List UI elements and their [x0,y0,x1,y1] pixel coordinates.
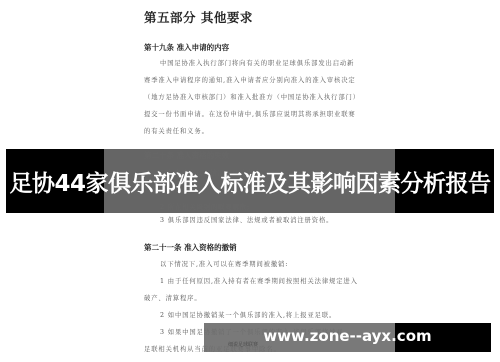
paragraph-line: 3 俱乐部因违反国家法律、法规或者被取消注册资格。 [144,212,374,229]
paragraph-line: 以下情况下,准入可以在赛季期间被撤销: [144,256,374,273]
watermark-url: www.zone--ayx.com [204,323,491,348]
paragraph-line: 中国足协准入执行部门将向有关的职业足球俱乐部发出启动新 [144,55,374,72]
paragraph-line: （地方足协准入审核部门）和准入批准方（中国足协准入执行部门） [144,89,374,106]
article-19-title: 第十九条 准入申请的内容 [144,42,229,53]
paragraph-line: 1 由于任何原因,准入持有者在赛季期间按照相关法律规定进入 [144,273,374,290]
paragraph-line: 的有关责任和义务。 [144,123,374,140]
banner-title: 足协44家俱乐部准入标准及其影响因素分析报告 [6,149,494,213]
paragraph-line: 提交一份书面申请。在这份申请中,俱乐部应说明其将承担职业联赛 [144,106,374,123]
paragraph-line: 2 如中国足协撤销某一个俱乐部的准入,将上报亚足联。 [144,307,374,324]
part-title: 第五部分 其他要求 [144,8,253,26]
article-21-title: 第二十一条 准入资格的撤销 [144,242,237,253]
article-20-tail: 3 俱乐部因违反国家法律、法规或者被取消注册资格。 [144,212,374,229]
article-19-body: 中国足协准入执行部门将向有关的职业足球俱乐部发出启动新 赛季准入申请程序的通知,… [144,55,374,140]
paragraph-line: 破产、清算程序。 [144,290,374,307]
paragraph-line: 赛季准入申请程序的通知,准入申请者应分别向准入的准入审核决定 [144,72,374,89]
